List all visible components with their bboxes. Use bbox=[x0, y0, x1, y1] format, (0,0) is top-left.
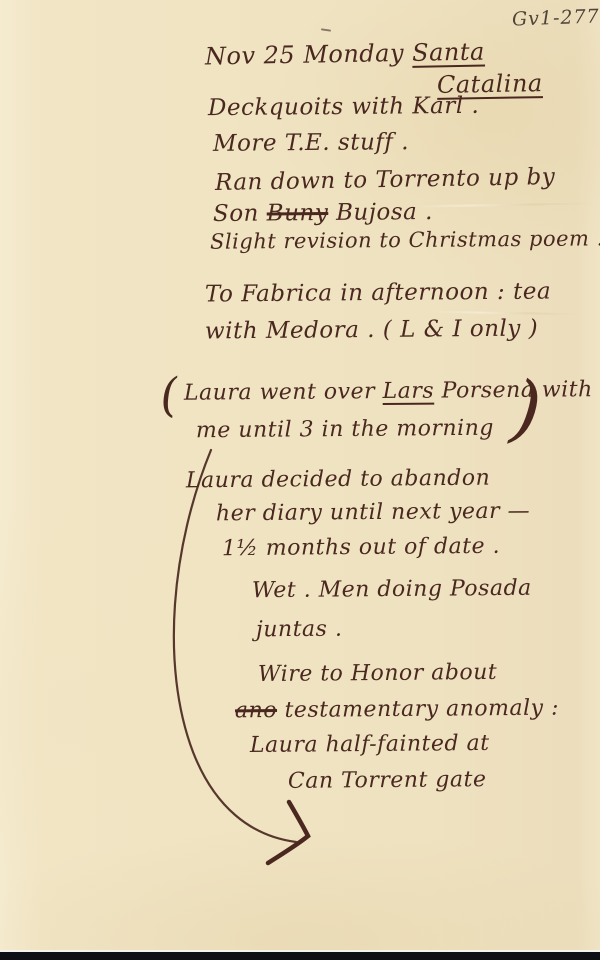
underlined-word: Santa bbox=[412, 38, 485, 67]
handwritten-text: me until 3 in the morning bbox=[196, 416, 494, 444]
handwritten-text: Ran down to Torrento up by bbox=[215, 164, 556, 196]
archive-reference-label: Gv1-277 bbox=[512, 5, 600, 30]
manuscript-line: Deckquoits with Karl . bbox=[208, 93, 479, 123]
handwritten-text: Wet . Men doing Posada bbox=[252, 576, 532, 603]
manuscript-line: her diary until next year — bbox=[216, 499, 530, 528]
handwritten-text: More T.E. stuff . bbox=[213, 129, 409, 157]
open-parenthesis-mark: ( bbox=[158, 367, 180, 422]
manuscript-line: with Medora . ( L & I only ) bbox=[205, 316, 538, 346]
stray-pencil-mark bbox=[321, 28, 331, 31]
handwritten-text: To Fabrica in afternoon : tea bbox=[205, 278, 551, 307]
manuscript-line: Nov 25 Monday Santa bbox=[205, 38, 485, 72]
handwritten-text: Deckquoits with Karl . bbox=[208, 93, 479, 121]
handwritten-text: Son bbox=[213, 200, 267, 226]
manuscript-line: 1½ months out of date . bbox=[222, 534, 500, 563]
handwritten-text: Bujosa . bbox=[328, 199, 433, 226]
handwritten-text: Slight revision to Christmas poem . bbox=[210, 226, 600, 253]
handwritten-text: Laura half-fainted at bbox=[250, 731, 490, 758]
manuscript-line: me until 3 in the morning bbox=[196, 416, 494, 445]
handwritten-text: her diary until next year — bbox=[216, 499, 530, 527]
manuscript-line: More T.E. stuff . bbox=[213, 129, 409, 158]
handwritten-text: juntas . bbox=[256, 617, 343, 643]
arrowhead-icon bbox=[268, 802, 308, 863]
manuscript-line: Wet . Men doing Posada bbox=[252, 576, 532, 605]
handwritten-text: with Medora . ( L & I only ) bbox=[205, 316, 538, 345]
handwritten-text: Laura went over bbox=[184, 379, 383, 406]
struck-word: ano bbox=[235, 698, 277, 723]
manuscript-line: Wire to Honor about bbox=[258, 660, 497, 688]
manuscript-line: Can Torrent gate bbox=[288, 767, 487, 795]
handwritten-text: 1½ months out of date . bbox=[222, 534, 500, 561]
struck-word: Buny bbox=[267, 200, 329, 227]
underlined-word: Lars bbox=[382, 379, 434, 404]
scanned-page: Gv1-277 Nov 25 Monday SantaCatalinaDeckq… bbox=[0, 0, 600, 960]
handwritten-text: testamentary anomaly : bbox=[277, 696, 559, 723]
handwritten-text: Nov 25 Monday bbox=[205, 39, 413, 71]
paper-crease bbox=[430, 311, 580, 316]
handwritten-text: Wire to Honor about bbox=[258, 660, 497, 687]
handwritten-text: Laura decided to abandon bbox=[186, 466, 490, 494]
manuscript-line: Slight revision to Christmas poem . bbox=[210, 226, 600, 255]
manuscript-line: juntas . bbox=[256, 617, 343, 644]
handwritten-text: Can Torrent gate bbox=[288, 767, 487, 794]
manuscript-line: To Fabrica in afternoon : tea bbox=[205, 278, 551, 309]
paper-crease bbox=[410, 202, 595, 207]
manuscript-line: Son Buny Bujosa . bbox=[213, 199, 433, 229]
manuscript-line: Ran down to Torrento up by bbox=[215, 164, 556, 198]
paper: Gv1-277 Nov 25 Monday SantaCatalinaDeckq… bbox=[0, 0, 600, 952]
manuscript-line: Laura decided to abandon bbox=[186, 466, 490, 495]
manuscript-line: Laura half-fainted at bbox=[250, 731, 490, 759]
manuscript-line: ano testamentary anomaly : bbox=[235, 696, 559, 725]
